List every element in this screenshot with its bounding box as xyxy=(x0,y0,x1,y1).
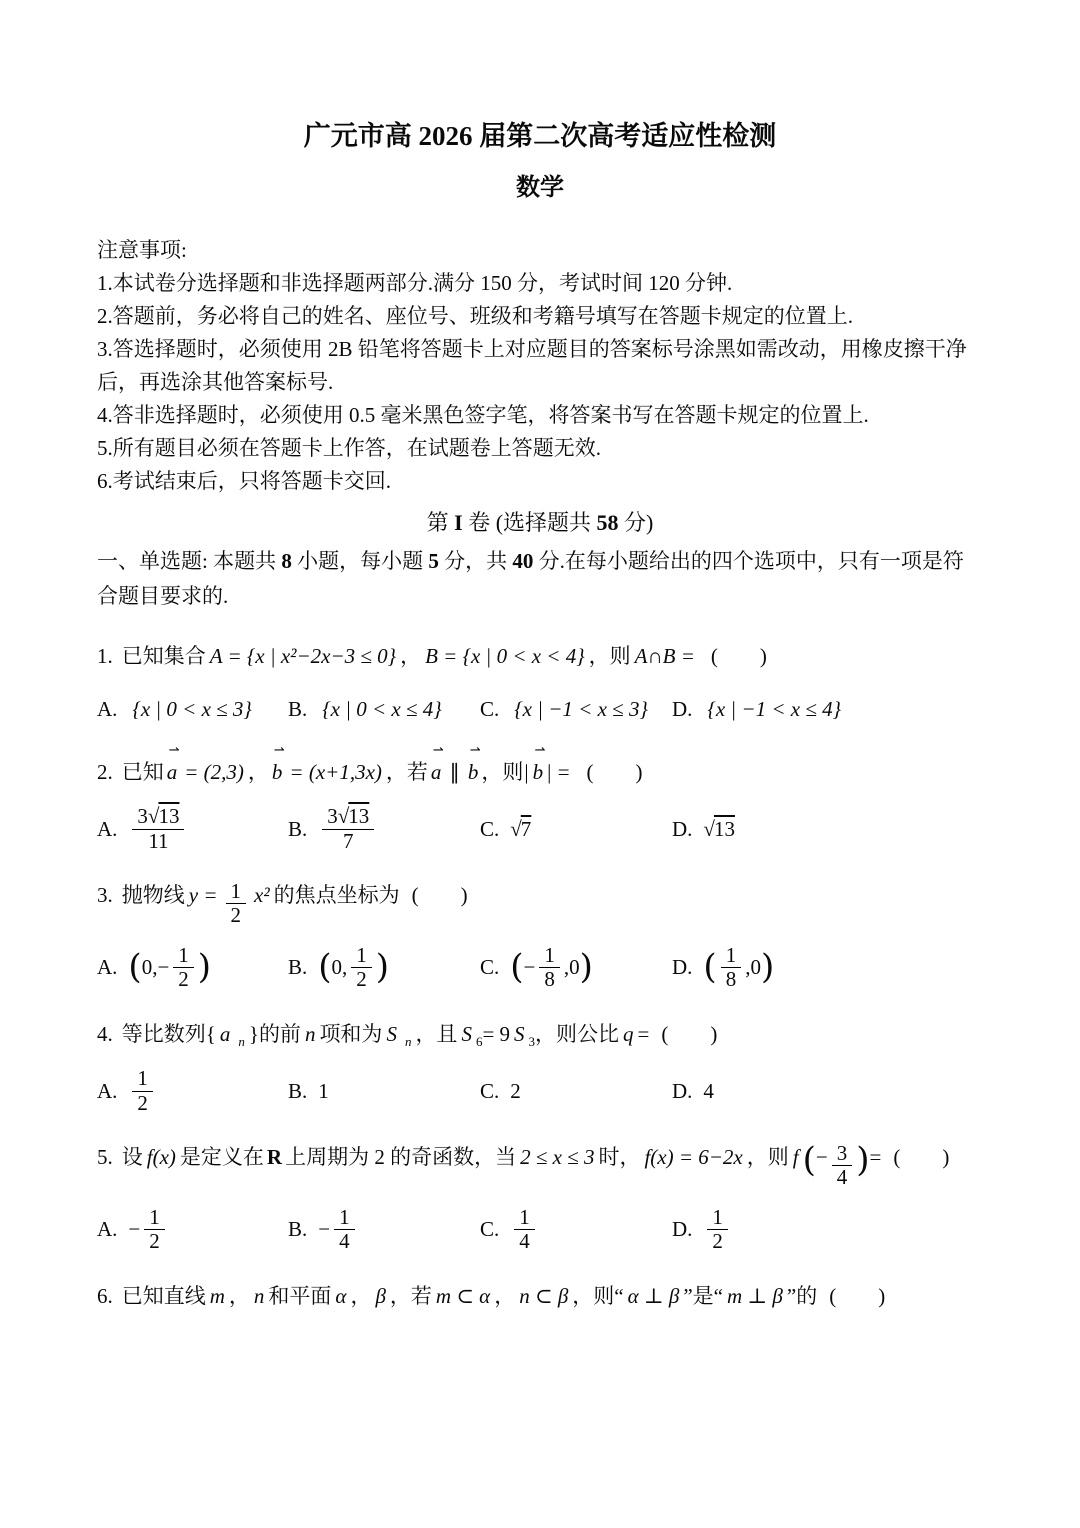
option-value: 1 xyxy=(318,1079,329,1104)
option-b: B.−14 xyxy=(288,1206,480,1254)
question-text: ，则 xyxy=(589,644,631,668)
option-value: {x | −1 < x ≤ 3} xyxy=(514,697,648,722)
option-d: D.12 xyxy=(672,1206,983,1254)
fraction-denominator: 2 xyxy=(173,967,194,992)
answer-blank: ( ) xyxy=(829,1284,885,1308)
fraction: 3√137 xyxy=(322,805,374,853)
question-text: 设 xyxy=(122,1145,143,1169)
radicand: 13 xyxy=(348,804,369,828)
option-value: {x | −1 < x ≤ 4} xyxy=(707,697,841,722)
option-label: C. xyxy=(480,697,499,722)
fraction: 18 xyxy=(539,944,560,992)
math-expression: n xyxy=(254,1284,265,1308)
question-text: ， xyxy=(494,1284,515,1308)
math-expression: 2 ≤ x ≤ 3 xyxy=(520,1145,594,1169)
math-expression: q xyxy=(623,1022,634,1046)
notice-item-5: 5.所有题目必须在答题卡上作答，在试题卷上答题无效. xyxy=(97,432,983,465)
option-label: D. xyxy=(672,1217,692,1242)
brace-left: { xyxy=(206,1022,216,1046)
question-text: 上周期为 2 的奇函数，当 xyxy=(285,1145,516,1169)
question-number: 3. xyxy=(97,883,113,907)
vector-arrow-icon: ⇀ xyxy=(274,744,285,757)
real-number-set: R xyxy=(267,1145,282,1169)
question-text: ，若 xyxy=(386,760,428,784)
coordinate-part: 0, xyxy=(332,955,348,980)
fraction: 12 xyxy=(144,1206,165,1254)
option-b: B.3√137 xyxy=(288,805,480,853)
minus-sign: − xyxy=(128,1217,140,1242)
notice-item-6: 6.考试结束后，只将答题卡交回. xyxy=(97,465,983,498)
math-expression: y = xyxy=(189,883,218,907)
minus-sign: − xyxy=(318,1217,330,1242)
right-paren: ) xyxy=(376,952,389,983)
question-3-stem: 3.抛物线y =12x²的焦点坐标为( ) xyxy=(97,879,983,927)
math-expression: f(x) = 6−2x xyxy=(644,1145,742,1169)
radical-sign: √ xyxy=(510,817,521,841)
math-expression: n ⊂ β xyxy=(519,1284,568,1308)
question-text: ， xyxy=(400,644,421,668)
question-1-options: A.{x | 0 < x ≤ 3} B.{x | 0 < x ≤ 4} C.{x… xyxy=(97,690,983,730)
fraction-numerator: 1 xyxy=(351,944,372,968)
math-expression: A = {x | x²−2x−3 ≤ 0} xyxy=(210,644,396,668)
fraction-numerator: 3 xyxy=(832,1142,853,1166)
option-value: {x | 0 < x ≤ 4} xyxy=(322,697,441,722)
math-expression: α ⊥ β xyxy=(628,1284,680,1308)
math-expression: = (x+1,3x) xyxy=(289,760,381,784)
question-number: 5. xyxy=(97,1145,113,1169)
radicand: 13 xyxy=(158,804,179,828)
option-c: C.14 xyxy=(480,1206,672,1254)
option-value: 4 xyxy=(703,1079,714,1104)
math-expression: β xyxy=(375,1284,385,1308)
math-expression: B = {x | 0 < x < 4} xyxy=(425,644,585,668)
question-4-stem: 4.等比数列{an}的前n项和为Sn，且S6= 9S3，则公比q=( ) xyxy=(97,1018,983,1052)
math-expression: S xyxy=(386,1022,397,1046)
option-label: B. xyxy=(288,1079,307,1104)
fraction-numerator: 1 xyxy=(334,1206,355,1230)
fraction-denominator: 2 xyxy=(707,1229,728,1254)
option-c: C.{x | −1 < x ≤ 3} xyxy=(480,697,672,722)
math-expression: S xyxy=(514,1022,525,1046)
vector-arrow-icon: ⇀ xyxy=(535,744,546,757)
equals-sign: = xyxy=(638,1022,650,1046)
option-d: D.4 xyxy=(672,1079,983,1104)
vector-a: ⇀a xyxy=(167,756,178,790)
left-paren: ( xyxy=(703,952,716,983)
question-text: ，则 xyxy=(481,760,523,784)
part-one-intro: 一、单选题: 本题共 8 小题，每小题 5 分，共 40 分.在每小题给出的四个… xyxy=(97,544,983,614)
option-label: A. xyxy=(97,697,117,722)
question-5-options: A.−12 B.−14 C.14 D.12 xyxy=(97,1206,983,1254)
intro-count: 8 xyxy=(281,549,292,573)
intro-text: 小题，每小题 xyxy=(292,549,429,573)
option-label: A. xyxy=(97,1079,117,1104)
vector-letter: b xyxy=(468,760,479,784)
intro-text: 分，共 xyxy=(439,549,513,573)
question-2: 2.已知⇀a= (2,3)，⇀b= (x+1,3x)，若⇀a∥⇀b，则|⇀b|=… xyxy=(97,756,983,854)
fraction: 12 xyxy=(707,1206,728,1254)
option-label: A. xyxy=(97,1217,117,1242)
math-expression: S xyxy=(461,1022,472,1046)
left-paren: ( xyxy=(128,952,141,983)
question-2-stem: 2.已知⇀a= (2,3)，⇀b= (x+1,3x)，若⇀a∥⇀b，则|⇀b|=… xyxy=(97,756,983,790)
option-label: C. xyxy=(480,955,499,980)
question-text: 的焦点坐标为 xyxy=(274,883,400,907)
question-number: 6. xyxy=(97,1284,113,1308)
option-label: D. xyxy=(672,817,692,842)
math-expression: m ⊂ α xyxy=(436,1284,490,1308)
answer-blank: ( ) xyxy=(711,644,767,668)
fraction-denominator: 8 xyxy=(539,967,560,992)
abs-bar: | xyxy=(547,760,551,784)
right-paren: ) xyxy=(856,1145,869,1176)
section-desc-post: 分) xyxy=(619,510,654,535)
fraction-numerator: 1 xyxy=(539,944,560,968)
math-expression: m xyxy=(210,1284,225,1308)
vector-b: ⇀b xyxy=(272,756,283,790)
fraction-numerator: 3√13 xyxy=(132,805,184,829)
question-text: 抛物线 xyxy=(122,883,185,907)
answer-blank: ( ) xyxy=(412,883,468,907)
question-text: ，且 xyxy=(415,1022,457,1046)
notices-section: 注意事项: 1.本试卷分选择题和非选择题两部分.满分 150 分，考试时间 12… xyxy=(97,234,983,498)
intro-points-each: 5 xyxy=(428,549,439,573)
math-expression: = (2,3) xyxy=(184,760,244,784)
math-expression: = xyxy=(556,760,570,784)
left-paren: ( xyxy=(318,952,331,983)
radical-sign: √ xyxy=(148,804,159,828)
question-text: ，则“ xyxy=(572,1284,623,1308)
question-text: ，则公比 xyxy=(535,1022,619,1046)
exam-paper-page: 广元市高 2026 届第二次高考适应性检测 数学 注意事项: 1.本试卷分选择题… xyxy=(0,0,1080,1353)
question-2-options: A.3√1311 B.3√137 C.√7 D.√13 xyxy=(97,805,983,853)
fraction-denominator: 4 xyxy=(832,1165,853,1190)
section-score: 58 xyxy=(597,510,619,535)
fraction-numerator: 1 xyxy=(173,944,194,968)
option-d: D.(18,0) xyxy=(672,944,983,992)
math-expression: m ⊥ β xyxy=(727,1284,783,1308)
option-label: B. xyxy=(288,955,307,980)
coordinate-part: ,0 xyxy=(564,955,580,980)
subject-title: 数学 xyxy=(97,170,983,206)
vector-arrow-icon: ⇀ xyxy=(169,744,180,757)
option-label: C. xyxy=(480,1217,499,1242)
question-text: 已知 xyxy=(122,760,164,784)
question-text: 是定义在 xyxy=(180,1145,264,1169)
question-5-stem: 5.设f(x)是定义在R上周期为 2 的奇函数，当2 ≤ x ≤ 3时，f(x)… xyxy=(97,1141,983,1189)
answer-blank: ( ) xyxy=(587,760,643,784)
math-expression: = 9 xyxy=(482,1022,510,1046)
math-expression: f(x) xyxy=(147,1145,176,1169)
fraction-denominator: 8 xyxy=(721,967,742,992)
fraction-denominator: 2 xyxy=(351,967,372,992)
brace-right: } xyxy=(249,1022,259,1046)
right-paren: ) xyxy=(198,952,211,983)
option-a: A.12 xyxy=(97,1067,288,1115)
vector-arrow-icon: ⇀ xyxy=(470,744,481,757)
fraction-denominator: 11 xyxy=(132,829,184,854)
question-3-options: A.(0,−12) B.(0,12) C.(−18,0) D.(18,0) xyxy=(97,944,983,992)
section-volume: I xyxy=(454,510,463,535)
radicand: 13 xyxy=(714,817,735,841)
fraction: 12 xyxy=(132,1067,153,1115)
question-3: 3.抛物线y =12x²的焦点坐标为( ) A.(0,−12) B.(0,12)… xyxy=(97,879,983,991)
fraction-numerator: 1 xyxy=(132,1067,153,1091)
question-number: 2. xyxy=(97,760,113,784)
section-desc-pre: 卷 (选择题共 xyxy=(463,510,597,535)
option-label: C. xyxy=(480,1079,499,1104)
option-b: B.1 xyxy=(288,1079,480,1104)
radicand: 7 xyxy=(521,817,532,841)
question-6: 6.已知直线m，n和平面α，β，若m ⊂ α，n ⊂ β，则“α ⊥ β”是“m… xyxy=(97,1280,983,1314)
coordinate-part: ,0 xyxy=(745,955,761,980)
page-title: 广元市高 2026 届第二次高考适应性检测 xyxy=(97,116,983,156)
notice-item-2: 2.答题前，务必将自己的姓名、座位号、班级和考籍号填写在答题卡规定的位置上. xyxy=(97,300,983,333)
radical-sign: √ xyxy=(338,804,349,828)
question-text: ”是“ xyxy=(683,1284,723,1308)
answer-blank: ( ) xyxy=(893,1145,949,1169)
option-label: B. xyxy=(288,817,307,842)
option-value: 2 xyxy=(510,1079,521,1104)
minus-sign: − xyxy=(816,1145,828,1169)
radical-sign: √ xyxy=(703,817,714,841)
radical: √13 xyxy=(148,804,180,828)
notice-item-3: 3.答选择题时，必须使用 2B 铅笔将答题卡上对应题目的答案标号涂黑如需改动，用… xyxy=(97,333,983,399)
question-text: ， xyxy=(229,1284,250,1308)
radical: √13 xyxy=(703,817,735,842)
option-c: C.2 xyxy=(480,1079,672,1104)
radical: √13 xyxy=(338,804,370,828)
fraction: 12 xyxy=(173,944,194,992)
question-text: ”的 xyxy=(787,1284,817,1308)
intro-points-total: 40 xyxy=(512,549,533,573)
fraction: 12 xyxy=(351,944,372,992)
option-b: B.{x | 0 < x ≤ 4} xyxy=(288,697,480,722)
option-a: A.{x | 0 < x ≤ 3} xyxy=(97,697,288,722)
question-5: 5.设f(x)是定义在R上周期为 2 的奇函数，当2 ≤ x ≤ 3时，f(x)… xyxy=(97,1141,983,1253)
fraction: 14 xyxy=(514,1206,535,1254)
question-text: ， xyxy=(350,1284,371,1308)
left-paren: ( xyxy=(510,952,523,983)
question-1-stem: 1.已知集合A = {x | x²−2x−3 ≤ 0}，B = {x | 0 <… xyxy=(97,640,983,674)
option-label: B. xyxy=(288,1217,307,1242)
option-label: A. xyxy=(97,955,117,980)
coefficient: 3 xyxy=(327,804,338,828)
question-text: 时， xyxy=(598,1145,640,1169)
math-expression: n xyxy=(305,1022,316,1046)
right-paren: ) xyxy=(580,952,593,983)
fraction-denominator: 7 xyxy=(322,829,374,854)
question-text: 的前 xyxy=(259,1022,301,1046)
radical: √7 xyxy=(510,817,531,842)
option-c: C.√7 xyxy=(480,817,672,842)
math-expression: α xyxy=(335,1284,346,1308)
section-prefix: 第 xyxy=(427,510,455,535)
option-label: D. xyxy=(672,955,692,980)
coefficient: 3 xyxy=(137,804,148,828)
vector-letter: a xyxy=(167,760,178,784)
question-number: 4. xyxy=(97,1022,113,1046)
fraction-numerator: 1 xyxy=(226,880,247,904)
option-value: {x | 0 < x ≤ 3} xyxy=(132,697,251,722)
intro-text: 一、单选题: 本题共 xyxy=(97,549,281,573)
notices-heading: 注意事项: xyxy=(97,234,983,267)
question-text: 项和为 xyxy=(319,1022,382,1046)
question-text: 等比数列 xyxy=(122,1022,206,1046)
question-text: ，若 xyxy=(390,1284,432,1308)
notice-item-1: 1.本试卷分选择题和非选择题两部分.满分 150 分，考试时间 120 分钟. xyxy=(97,267,983,300)
fraction-denominator: 2 xyxy=(132,1091,153,1116)
option-a: A.3√1311 xyxy=(97,805,288,853)
option-label: C. xyxy=(480,817,499,842)
question-4: 4.等比数列{an}的前n项和为Sn，且S6= 9S3，则公比q=( ) A.1… xyxy=(97,1018,983,1116)
fraction-denominator: 4 xyxy=(514,1229,535,1254)
option-a: A.(0,−12) xyxy=(97,944,288,992)
fraction: 34 xyxy=(832,1142,853,1190)
option-d: D.√13 xyxy=(672,817,983,842)
fraction: 18 xyxy=(721,944,742,992)
question-4-options: A.12 B.1 C.2 D.4 xyxy=(97,1067,983,1115)
right-paren: ) xyxy=(761,952,774,983)
question-1: 1.已知集合A = {x | x²−2x−3 ≤ 0}，B = {x | 0 <… xyxy=(97,640,983,730)
question-text: 已知集合 xyxy=(122,644,206,668)
equals-sign: = xyxy=(869,1145,881,1169)
notice-item-4: 4.答非选择题时，必须使用 0.5 毫米黑色签字笔，将答案书写在答题卡规定的位置… xyxy=(97,399,983,432)
question-number: 1. xyxy=(97,644,113,668)
function-letter: f xyxy=(793,1145,799,1169)
math-expression: x² xyxy=(254,883,270,907)
left-paren: ( xyxy=(803,1145,816,1176)
section-heading: 第 I 卷 (选择题共 58 分) xyxy=(97,506,983,540)
fraction: 14 xyxy=(334,1206,355,1254)
question-text: ， xyxy=(248,760,269,784)
abs-bar: | xyxy=(524,760,528,784)
answer-blank: ( ) xyxy=(661,1022,717,1046)
option-a: A.−12 xyxy=(97,1206,288,1254)
fraction: 3√1311 xyxy=(132,805,184,853)
question-text: 已知直线 xyxy=(122,1284,206,1308)
option-label: B. xyxy=(288,697,307,722)
vector-b: ⇀b xyxy=(533,756,544,790)
vector-arrow-icon: ⇀ xyxy=(433,744,444,757)
option-c: C.(−18,0) xyxy=(480,944,672,992)
fraction-numerator: 1 xyxy=(721,944,742,968)
coordinate-part: − xyxy=(524,955,536,980)
fraction-denominator: 2 xyxy=(144,1229,165,1254)
option-label: D. xyxy=(672,1079,692,1104)
vector-letter: b xyxy=(272,760,283,784)
vector-a: ⇀a xyxy=(431,756,442,790)
coordinate-part: 0,− xyxy=(142,955,170,980)
question-6-stem: 6.已知直线m，n和平面α，β，若m ⊂ α，n ⊂ β，则“α ⊥ β”是“m… xyxy=(97,1280,983,1314)
option-label: D. xyxy=(672,697,692,722)
parallel-symbol: ∥ xyxy=(449,760,460,784)
sequence-term: a xyxy=(220,1022,231,1046)
question-text: ，则 xyxy=(747,1145,789,1169)
fraction-numerator: 1 xyxy=(144,1206,165,1230)
vector-letter: b xyxy=(533,760,544,784)
question-text: 和平面 xyxy=(268,1284,331,1308)
fraction-denominator: 2 xyxy=(226,903,247,928)
subscript: n xyxy=(238,1034,245,1049)
option-label: A. xyxy=(97,817,117,842)
vector-b: ⇀b xyxy=(468,756,479,790)
option-d: D.{x | −1 < x ≤ 4} xyxy=(672,697,983,722)
vector-letter: a xyxy=(431,760,442,784)
fraction-denominator: 4 xyxy=(334,1229,355,1254)
fraction-numerator: 1 xyxy=(707,1206,728,1230)
fraction-numerator: 3√13 xyxy=(322,805,374,829)
subscript: n xyxy=(405,1034,412,1049)
math-expression: A∩B = xyxy=(635,644,695,668)
fraction-numerator: 1 xyxy=(514,1206,535,1230)
option-b: B.(0,12) xyxy=(288,944,480,992)
fraction: 12 xyxy=(226,880,247,928)
